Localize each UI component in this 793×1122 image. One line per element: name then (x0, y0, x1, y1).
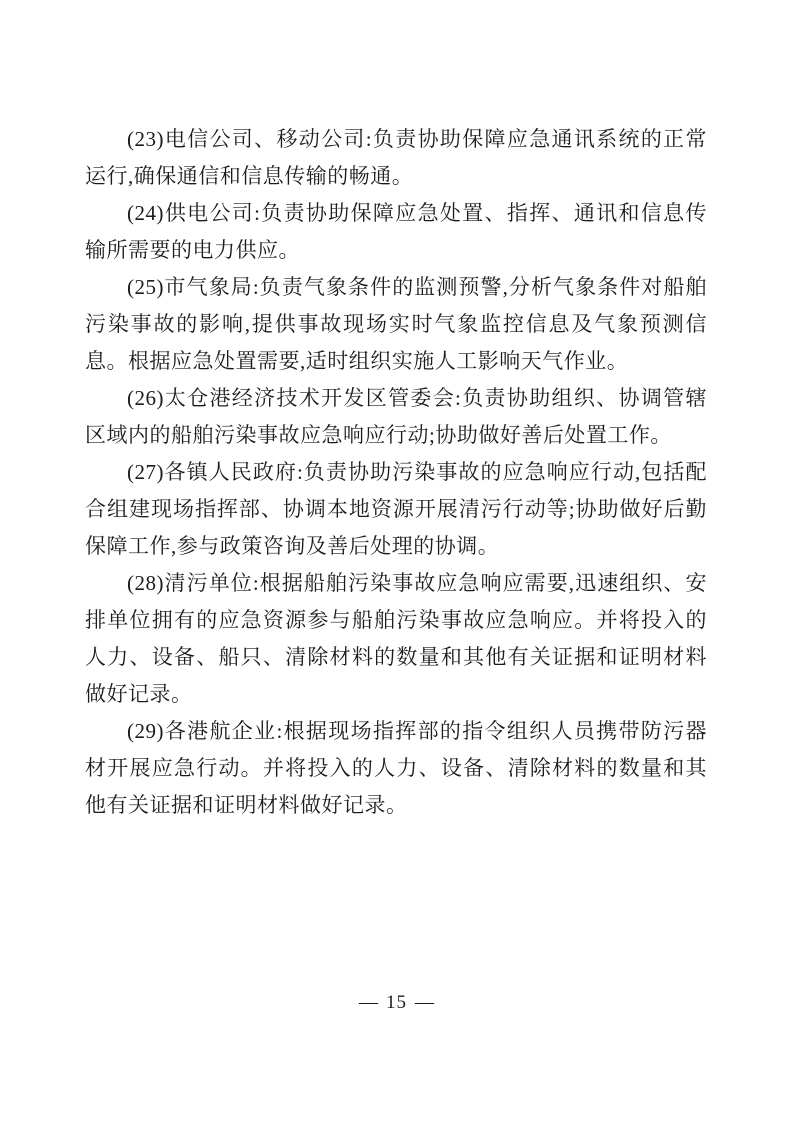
paragraph-26: (26)太仓港经济技术开发区管委会:负责协助组织、协调管辖区域内的船舶污染事故应… (85, 380, 707, 454)
footer-dash-left: — (359, 992, 378, 1014)
paragraph-25: (25)市气象局:负责气象条件的监测预警,分析气象条件对船舶污染事故的影响,提供… (85, 269, 707, 380)
page-footer: —15— (0, 992, 793, 1014)
paragraph-24: (24)供电公司:负责协助保障应急处置、指挥、通讯和信息传输所需要的电力供应。 (85, 195, 707, 269)
paragraph-29: (29)各港航企业:根据现场指挥部的指令组织人员携带防污器材开展应急行动。并将投… (85, 713, 707, 824)
paragraph-27: (27)各镇人民政府:负责协助污染事故的应急响应行动,包括配合组建现场指挥部、协… (85, 454, 707, 565)
paragraph-28: (28)清污单位:根据船舶污染事故应急响应需要,迅速组织、安排单位拥有的应急资源… (85, 565, 707, 713)
footer-dash-right: — (415, 992, 434, 1014)
document-body: (23)电信公司、移动公司:负责协助保障应急通讯系统的正常运行,确保通信和信息传… (85, 121, 707, 824)
paragraph-23: (23)电信公司、移动公司:负责协助保障应急通讯系统的正常运行,确保通信和信息传… (85, 121, 707, 195)
document-page: (23)电信公司、移动公司:负责协助保障应急通讯系统的正常运行,确保通信和信息传… (0, 0, 793, 1122)
page-number: 15 (386, 992, 407, 1014)
